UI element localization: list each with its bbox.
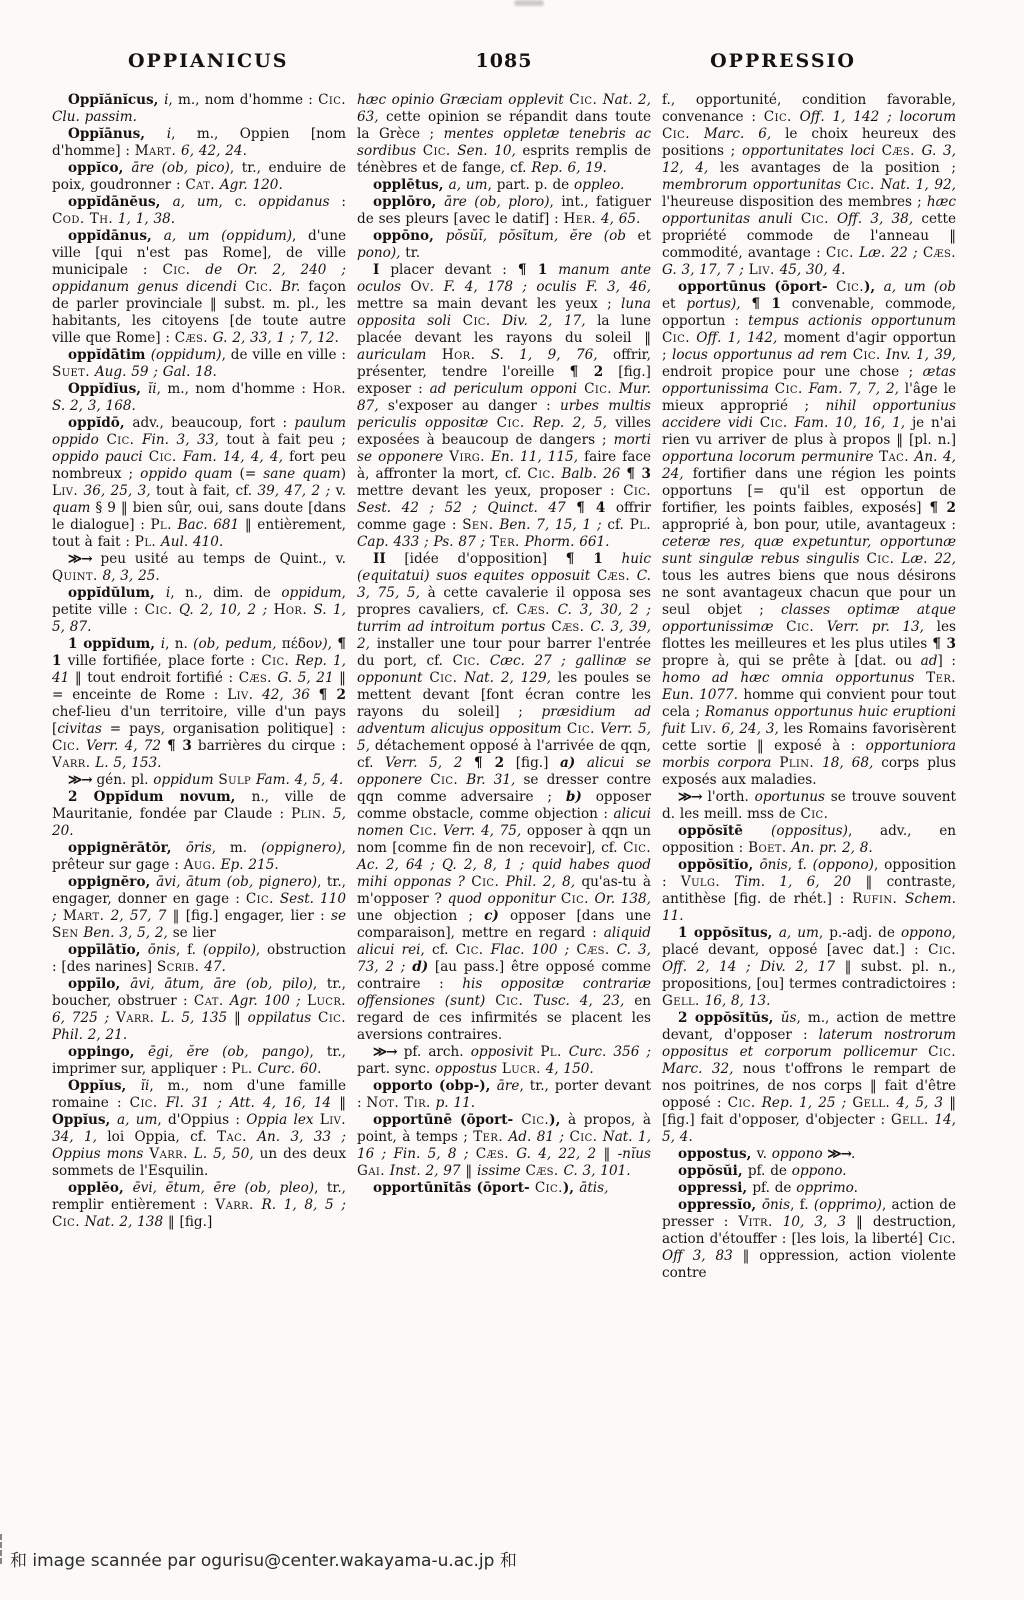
entry-text-segment: part. sync. xyxy=(357,1061,435,1077)
entry-text-segment: Varr. xyxy=(215,1197,253,1213)
entry-text-segment: Cic. xyxy=(52,738,80,754)
entry-text-segment: oppĭdŭlum, xyxy=(68,585,166,601)
entry-text-segment: Cic. xyxy=(800,806,828,822)
entry-text-segment: 1 oppĭdum, xyxy=(68,636,161,652)
entry-text-segment: ‖ xyxy=(461,1163,477,1179)
running-head: OPPIANICUS 1085 OPPRESSIO xyxy=(52,50,956,74)
entry-text-segment: v. xyxy=(330,483,346,499)
entry-text-segment: Mart. xyxy=(63,908,105,924)
entry-text-segment: āvi, ātum, āre (ob, pilo) xyxy=(130,976,313,992)
entry-text-segment: Agr. 120. xyxy=(215,177,283,193)
entry-text-segment: Oppĭus, xyxy=(52,1112,117,1128)
entry-text-segment: Flac. 100 ; xyxy=(484,942,570,958)
entry-text-segment: II xyxy=(373,551,386,567)
entry-text-segment: opplētus, xyxy=(373,177,449,193)
entry-text-segment: G. 4, 22, 2 xyxy=(509,1146,596,1162)
entry-text-segment: F. 4, 178 ; oculis F. 3, 46, xyxy=(434,279,651,295)
entry-text-segment: (oppidum) xyxy=(151,347,222,363)
entry-text-segment: Tim. 1, 6, 20 xyxy=(720,874,851,890)
entry-text-segment: Cic. xyxy=(662,330,690,346)
entry-text-segment: Inst. 2, 97 xyxy=(385,1163,461,1179)
entry-text-segment: Quint. xyxy=(52,568,98,584)
entry-text-segment: Lucr. xyxy=(307,993,346,1009)
dictionary-entry: oppostus, v. oppono ≫→. xyxy=(662,1146,956,1163)
entry-text-segment: Cic. xyxy=(409,823,437,839)
entry-text-segment: Oppius mons xyxy=(52,1146,149,1162)
entry-text-segment: opportūnĭtās (ōport- xyxy=(373,1180,535,1196)
entry-text-segment: Pl. xyxy=(630,517,651,533)
remark-arrow-icon: ≫→ xyxy=(68,551,92,567)
entry-text-segment: S. 1, 9, 76, xyxy=(475,347,597,363)
entry-text-segment: Varr. xyxy=(52,755,90,771)
entry-text-segment: Or. 138, xyxy=(589,891,651,907)
entry-text-segment: , m. xyxy=(212,840,261,856)
entry-text-segment: Cic. xyxy=(786,619,814,635)
entry-text-segment: 45, 30, 4. xyxy=(775,262,846,278)
entry-text-segment: An. 3, 33 ; xyxy=(247,1129,346,1145)
entry-text-segment: C. 3, 101. xyxy=(559,1163,631,1179)
entry-text-segment: oportunus xyxy=(755,789,825,805)
entry-text-segment: loi Oppia, cf. xyxy=(97,1129,217,1145)
entry-text-segment: Hor. xyxy=(312,381,346,397)
entry-text-segment: ōnis xyxy=(759,857,787,873)
entry-text-segment: Cic. xyxy=(430,772,458,788)
entry-text-segment: , f. xyxy=(788,857,813,873)
entry-text-segment: Cæs. xyxy=(525,1163,558,1179)
dictionary-entry: Oppĭus, ĭi, m., nom d'une famille romain… xyxy=(52,1078,346,1180)
entry-text-segment: Gell. xyxy=(662,993,700,1009)
entry-text-segment: Verr. 4, 75, xyxy=(437,823,521,839)
entry-text-segment: v. xyxy=(757,1146,772,1162)
entry-text-segment: Varr. xyxy=(149,1146,187,1162)
entry-text-segment: locus opportunus ad rem xyxy=(672,347,853,363)
entry-text-segment: Sen. xyxy=(462,517,493,533)
dictionary-entry: ≫→ peu usité au temps de Quint., v. Quin… xyxy=(52,551,346,585)
entry-text-segment: ville fortifiée, place forte : xyxy=(61,653,261,669)
entry-text-segment: Ad. 81 ; xyxy=(503,1129,564,1145)
entry-text-segment: Sulp xyxy=(218,772,251,788)
entry-text-segment: , d'Oppius : xyxy=(157,1112,246,1128)
entry-text-segment: Ter. xyxy=(473,1129,503,1145)
entry-text-segment: (oppositus) xyxy=(771,823,848,839)
entry-text-segment xyxy=(311,1010,318,1026)
dictionary-entry: oppŏsŭi, pf. de oppono. xyxy=(662,1163,956,1180)
entry-text-segment: Rep. 6, 19. xyxy=(531,160,607,176)
dictionary-entry: oppĭdŭlum, i, n., dim. de oppidum, petit… xyxy=(52,585,346,636)
entry-text-segment: Lucr. xyxy=(502,1061,541,1077)
entry-text-segment: Cic. xyxy=(567,721,595,737)
entry-text-segment: Eun. 1077. xyxy=(662,687,738,703)
entry-text-segment: a, um (oppidum) xyxy=(164,228,292,244)
entry-text-segment: locorum xyxy=(900,109,956,125)
entry-text-segment: En. 11, 115, xyxy=(485,449,578,465)
entry-text-segment xyxy=(566,653,575,669)
entry-text-segment: Liv. xyxy=(227,687,253,703)
entry-text-segment: endroit propice pour une chose ; xyxy=(662,364,923,380)
entry-text-segment: , part. p. de xyxy=(488,177,574,193)
entry-text-segment: āvi, ātum (ob, pignero) xyxy=(156,874,317,890)
entry-text-segment: ¶ 3 xyxy=(932,636,956,652)
entry-text-segment: , m., nom d'homme : xyxy=(168,92,318,108)
entry-text-segment: Cic. xyxy=(866,551,894,567)
dictionary-entry: opplētus, a, um, part. p. de oppleo. xyxy=(357,177,651,194)
entry-text-segment: Marc. 32, xyxy=(662,1061,733,1077)
entry-text-segment: oppidum xyxy=(281,585,341,601)
entry-text-segment: Cic. xyxy=(569,1129,597,1145)
entry-text-segment: Sen. 10, xyxy=(451,143,516,159)
entry-text-segment: opporto (obp-), xyxy=(373,1078,497,1094)
entry-text-segment: c) xyxy=(484,908,499,924)
entry-text-segment: ad periculum opponi xyxy=(430,381,585,397)
dictionary-entry: Oppĭdĭus, ĭi, m., nom d'homme : Hor. S. … xyxy=(52,381,346,415)
dictionary-entry: oppingo, ēgi, ĕre (ob, pango), tr., impr… xyxy=(52,1044,346,1078)
entry-text-segment: Curc. 60. xyxy=(253,1061,322,1077)
entry-text-segment: pf. arch. xyxy=(397,1044,471,1060)
entry-text-segment: Cap. 433 ; Ps. 87 ; xyxy=(357,534,485,550)
entry-text-segment: Cæs. xyxy=(576,942,609,958)
entry-text-segment: portus), xyxy=(686,296,740,312)
entry-text-segment: ēgi, ĕre (ob, pango) xyxy=(148,1044,310,1060)
entry-text-segment: issime xyxy=(477,1163,525,1179)
entry-text-segment: 4, 5, 3 xyxy=(890,1095,943,1111)
entry-text-segment: Cic. xyxy=(130,1095,158,1111)
entry-text-segment: auriculam xyxy=(357,347,442,363)
dictionary-entry: oppĭdātim (oppidum), de ville en ville :… xyxy=(52,347,346,381)
entry-text-segment: ¶ 2 xyxy=(319,687,346,703)
dictionary-column-right: f., opportunité, condition favorable, co… xyxy=(662,92,956,1282)
entry-text-segment: 4, 65. xyxy=(596,211,640,227)
entry-text-segment: Marc. 6, xyxy=(690,126,771,142)
entry-text-segment: oppĭdō, xyxy=(68,415,132,431)
dictionary-entry: opportūnĭtās (ōport- Cic.), ātis, xyxy=(357,1180,651,1197)
entry-text-segment: Læ. 22, xyxy=(894,551,956,567)
entry-text-segment: [fig.] xyxy=(504,755,560,771)
entry-text-segment: Pl. xyxy=(151,517,172,533)
entry-text-segment: Oppia lex xyxy=(246,1112,320,1128)
entry-text-segment: Bac. 681 xyxy=(172,517,239,533)
dictionary-entry: oppĭdānus, a, um (oppidum), d'une ville … xyxy=(52,228,346,347)
entry-text-segment: Oppĭānus, xyxy=(68,126,167,142)
entry-text-segment: Rufin. xyxy=(852,891,897,907)
entry-text-segment: , f. xyxy=(790,1197,814,1213)
entry-text-segment: l'heureuse disposition des membres ; xyxy=(662,194,927,210)
entry-text-segment: pf. de xyxy=(752,1180,796,1196)
entry-text-segment: Liv. xyxy=(749,262,775,278)
entry-text-segment: turrim ad introitum portus xyxy=(357,619,551,635)
entry-text-segment: , cf. xyxy=(421,942,456,958)
entry-text-segment: Boet. xyxy=(748,840,786,856)
entry-text-segment: tr. xyxy=(400,245,420,261)
entry-text-segment: Off. 3, 38, xyxy=(829,211,913,227)
entry-text-segment: Cæs. xyxy=(239,670,272,686)
entry-text-segment: Nat. 2, 129, xyxy=(457,670,551,686)
entry-text-segment: Her. xyxy=(563,211,596,227)
dictionary-entry: opplĕo, ēvi, ētum, ēre (ob, pleo), tr., … xyxy=(52,1180,346,1231)
entry-text-segment: Suet. xyxy=(52,364,90,380)
scan-annotation: 和 image scannée par ogurisu@center.wakay… xyxy=(10,1546,517,1571)
entry-text-segment: Cic. xyxy=(826,245,854,261)
entry-text-segment: Oppĭănĭcus, xyxy=(68,92,164,108)
entry-text-segment: Hor. xyxy=(274,602,308,618)
entry-text-segment: ōnis xyxy=(762,1197,790,1213)
entry-text-segment: Hor. xyxy=(442,347,476,363)
entry-text-segment: Ter. xyxy=(926,670,956,686)
entry-text-segment: ) xyxy=(341,466,346,482)
entry-text-segment: Verr. 5, 2 xyxy=(385,755,462,771)
entry-text-segment: une objection ; xyxy=(357,908,484,924)
dictionary-entry: oppīlo, āvi, ātum, āre (ob, pilo), tr., … xyxy=(52,976,346,1044)
entry-text-segment: Fam. 10, 16, 1, xyxy=(788,415,905,431)
entry-text-segment: An. pr. 2, 8. xyxy=(787,840,873,856)
dictionary-entry: oppressĭo, ōnis, f. (opprimo), action de… xyxy=(662,1197,956,1282)
entry-text-segment: ‖ xyxy=(331,1095,346,1111)
entry-text-segment: . xyxy=(851,1146,855,1162)
entry-text-segment: 2 Oppĭdum novum, xyxy=(68,789,252,805)
entry-text-segment: les avantages de la position ; xyxy=(708,160,956,176)
entry-text-segment: oppido quam xyxy=(140,466,232,482)
remark-arrow-icon: ≫→ xyxy=(827,1146,851,1162)
dictionary-entry: 2 oppŏsĭtŭs, ŭs, m., action de mettre de… xyxy=(662,1010,956,1146)
entry-text-segment: Phil. 2, 21. xyxy=(52,1027,127,1043)
entry-text-segment: Mart. xyxy=(135,143,177,159)
entry-text-segment: homo ad hæc omnia opportunus xyxy=(662,670,926,686)
entry-text-segment: mettre sa main devant les yeux ; xyxy=(357,296,621,312)
entry-text-segment: Tac. xyxy=(217,1129,247,1145)
entry-text-segment xyxy=(468,1146,475,1162)
entry-text-segment: 1, 1, 38. xyxy=(113,211,175,227)
entry-text-segment: , m., nom d'homme : xyxy=(157,381,313,397)
entry-text-segment: 39, 47, 2 ; xyxy=(257,483,330,499)
entry-text-segment: Cæs. xyxy=(551,619,584,635)
entry-text-segment: G. 2, 33, 1 ; 7, 12. xyxy=(208,330,339,346)
dictionary-column-middle: hæc opinio Græciam opplevit Cic. Nat. 2,… xyxy=(357,92,651,1282)
entry-text-segment: oppono xyxy=(772,1146,823,1162)
entry-text-segment: opportuna locorum permunire xyxy=(662,449,879,465)
entry-text-segment: πέδον xyxy=(276,636,322,652)
entry-text-segment: civitas xyxy=(57,721,102,737)
entry-text-segment: 18, 68, xyxy=(814,755,873,771)
dictionary-entry: oppīlātĭo, ōnis, f. (oppilo), obstructio… xyxy=(52,942,346,976)
entry-text-segment: ), xyxy=(864,279,884,295)
entry-text-segment: Cic. xyxy=(561,891,589,907)
entry-text-segment: ¶ 1 xyxy=(751,296,780,312)
entry-text-segment: : xyxy=(330,194,346,210)
entry-text-segment: Scrib. xyxy=(157,959,200,975)
entry-text-segment: āre (ob, ploro) xyxy=(444,194,549,210)
entry-text-segment: opplĕo, xyxy=(68,1180,133,1196)
entry-text-segment: ‖ xyxy=(227,1010,247,1026)
entry-text-segment: Ov. xyxy=(410,279,434,295)
entry-text-segment: Clu. passim. xyxy=(52,109,137,125)
entry-text-segment: sane quam xyxy=(263,466,340,482)
entry-text-segment: a, um (ob xyxy=(884,279,956,295)
entry-text-segment: oppōno, xyxy=(373,228,446,244)
entry-text-segment: tempus actionis opportunum xyxy=(748,313,956,329)
entry-text-segment: ad xyxy=(921,653,938,669)
entry-text-segment: Cic. xyxy=(318,92,346,108)
entry-text-segment: Q. 2, 10, 2 ; xyxy=(173,602,268,618)
entry-text-segment: opprimo. xyxy=(796,1180,858,1196)
entry-text-segment: oppidum xyxy=(153,772,213,788)
dictionary-entry: oppressi, pf. de opprimo. xyxy=(662,1180,956,1197)
entry-text-segment: (opprimo) xyxy=(814,1197,882,1213)
remark-arrow-icon: ≫→ xyxy=(678,789,702,805)
entry-text-segment: Gell. xyxy=(852,1095,890,1111)
entry-text-segment: Cic. xyxy=(847,177,875,193)
entry-text-segment: fortifier dans une région les points opp… xyxy=(662,466,956,516)
entry-text-segment: Cic. xyxy=(928,1231,956,1247)
entry-text-segment: Fl. 31 ; Att. 4, 16, 14 xyxy=(158,1095,332,1111)
entry-text-segment: Off. 1, 142 ; xyxy=(792,109,892,125)
entry-text-segment: Cic. xyxy=(928,942,956,958)
entry-text-segment: peu usité au temps de Quint., v. xyxy=(92,551,346,567)
entry-text-segment: L. 5, 153. xyxy=(90,755,161,771)
entry-text-segment: Vitr. xyxy=(738,1214,772,1230)
entry-text-segment: Off. 1, 142, xyxy=(690,330,777,346)
entry-text-segment: ¶ 3 xyxy=(167,738,192,754)
dictionary-entry: f., opportunité, condition favorable, co… xyxy=(662,92,956,279)
entry-text-segment: oppidanus xyxy=(258,194,329,210)
entry-text-segment: Cic. xyxy=(623,840,651,856)
entry-text-segment: L. 5, 50, xyxy=(188,1146,254,1162)
entry-text-segment: Balb. 26 xyxy=(555,466,620,482)
entry-text-segment: et xyxy=(626,228,651,244)
entry-text-segment: āre (ob, pico) xyxy=(131,160,230,176)
entry-text-segment: Cic. xyxy=(452,653,480,669)
entry-text-segment: Tac. xyxy=(879,449,909,465)
entry-text-segment: Cic. xyxy=(246,891,274,907)
entry-text-segment: 6, 24, 3, xyxy=(717,721,779,737)
entry-text-segment: p. 11. xyxy=(431,1095,475,1111)
dictionary-entry: 2 Oppĭdum novum, n., ville de Mauritanie… xyxy=(52,789,346,840)
dictionary-entry: opportūnus (ōport- Cic.), a, um (ob et p… xyxy=(662,279,956,789)
remark-arrow-icon: ≫→ xyxy=(373,1044,397,1060)
entry-text-segment: Cat. xyxy=(185,177,215,193)
entry-text-segment: Cæs. xyxy=(597,568,630,584)
entry-text-segment: ¶ 2 xyxy=(474,755,504,771)
dictionary-entry: Oppĭănĭcus, i, m., nom d'homme : Cic. Cl… xyxy=(52,92,346,126)
entry-text-segment: oppono xyxy=(901,925,952,941)
entry-text-segment: Cic. xyxy=(318,1010,346,1026)
entry-text-segment: Sest. 42 ; 52 ; Quinct. 47 xyxy=(357,500,566,516)
entry-text-segment: oppŏsŭi, xyxy=(678,1163,748,1179)
dictionary-entry: 1 oppŏsĭtus, a, um, p.-adj. de oppono, p… xyxy=(662,925,956,1010)
entry-text-segment: Aul. 410. xyxy=(156,534,223,550)
entry-text-segment: Cic. xyxy=(775,381,803,397)
entry-text-segment: , c. xyxy=(218,194,258,210)
entry-text-segment: opposivit xyxy=(471,1044,541,1060)
entry-text-segment: oppignĕrātŏr, xyxy=(68,840,186,856)
entry-text-segment: oppŏsĭtē xyxy=(678,823,771,839)
entry-text-segment: Cic. xyxy=(623,483,651,499)
entry-text-segment: s'exposer au danger : xyxy=(379,398,560,414)
entry-text-segment: oppignĕro, xyxy=(68,874,156,890)
entry-text-segment: Ter. xyxy=(490,534,520,550)
entry-text-segment: barrières du cirque : xyxy=(192,738,346,754)
entry-text-segment: , n., dim. de xyxy=(170,585,281,601)
entry-text-segment: -nĭus xyxy=(618,1146,651,1162)
dictionary-entry: ≫→ l'orth. oportunus se trouve souvent d… xyxy=(662,789,956,823)
entry-text-segment: Cic. xyxy=(801,211,829,227)
entry-text-segment: propre à, qui se prête à [dat. ou xyxy=(662,653,921,669)
entry-text-segment: Cic. xyxy=(497,415,525,431)
entry-text-segment xyxy=(566,500,577,516)
entry-text-segment: 47. xyxy=(199,959,225,975)
entry-text-segment: Cæs. xyxy=(923,245,956,261)
entry-text-segment: oppingo, xyxy=(68,1044,148,1060)
entry-text-segment: Liv. xyxy=(691,721,717,737)
entry-text-segment xyxy=(462,755,474,771)
entry-text-segment: Cod. Th. xyxy=(52,211,113,227)
entry-text-segment: , de ville en ville : xyxy=(222,347,346,363)
entry-text-segment: oppressi, xyxy=(678,1180,752,1196)
entry-text-segment: 6, 725 ; xyxy=(52,1010,109,1026)
entry-text-segment: tout à fait peu ; xyxy=(219,432,346,448)
entry-text-segment: Cæs. xyxy=(882,143,915,159)
entry-text-segment: (= xyxy=(233,466,264,482)
entry-text-segment: oppostus xyxy=(435,1061,502,1077)
dictionary-entry: opporto (obp-), āre, tr., porter devant … xyxy=(357,1078,651,1112)
entry-text-segment: opplōro, xyxy=(373,194,444,210)
entry-text-segment: Ben. 7, 15, 1 ; xyxy=(494,517,602,533)
entry-text-segment: 4, 150. xyxy=(541,1061,594,1077)
scanned-dictionary-page: OPPIANICUS 1085 OPPRESSIO Oppĭănĭcus, i,… xyxy=(0,0,1024,1600)
entry-text-segment: Cic. xyxy=(928,1044,956,1060)
entry-text-segment: oppilatus xyxy=(248,1010,312,1026)
entry-text-segment: Cic. xyxy=(764,109,792,125)
entry-text-segment: oppono. xyxy=(792,1163,847,1179)
entry-text-segment: Cic. xyxy=(463,313,491,329)
entry-text-segment: Læ. 22 ; xyxy=(854,245,918,261)
dictionary-entry: oppŏsĭtĭo, ōnis, f. (oppono), opposition… xyxy=(662,857,956,925)
entry-text-segment: ŭs xyxy=(781,1010,797,1026)
entry-text-segment: Cic. xyxy=(162,262,190,278)
entry-text-segment: ¶ 2 xyxy=(570,364,604,380)
entry-text-segment: Fam. 14, 4, 4, xyxy=(177,449,283,465)
entry-text-segment: Cic. xyxy=(760,415,788,431)
entry-text-segment: S. 2, 3, 168. xyxy=(52,398,136,414)
entry-text-segment: Ac. 2, 64 ; Q. 2, 8, 1 ; xyxy=(357,857,524,873)
entry-text-segment: R. 1, 8, 5 ; xyxy=(254,1197,346,1213)
entry-text-segment: Verr. 4, 72 xyxy=(80,738,161,754)
entry-text-segment: ] : xyxy=(937,653,956,669)
entry-text-segment: Cic. xyxy=(836,279,864,295)
entry-text-segment: d) xyxy=(412,959,428,975)
entry-text-segment: Div. 2, 17, xyxy=(491,313,586,329)
entry-text-segment: , n. xyxy=(165,636,193,652)
entry-text-segment: a, um xyxy=(449,177,488,193)
entry-text-segment: Inv. 1, 39, xyxy=(881,347,956,363)
entry-text-segment: opportūnē (ōport- xyxy=(373,1112,521,1128)
entry-text-segment: approprié à, bon pour, utile, avantageux… xyxy=(662,517,956,533)
entry-text-segment: se lier xyxy=(168,925,216,941)
dictionary-entry: oppōno, pŏsŭĭ, pŏsĭtum, ĕre (ob et pono)… xyxy=(357,228,651,262)
entry-text-segment: Not. Tir. xyxy=(366,1095,430,1111)
entry-text-segment: Aug. 59 ; Gal. 18. xyxy=(90,364,217,380)
entry-text-segment: pono), xyxy=(357,245,400,261)
entry-text-segment: Ben. 3, 5, 2, xyxy=(83,925,167,941)
dictionary-entry: ≫→ pf. arch. opposivit Pl. Curc. 356 ; p… xyxy=(357,1044,651,1078)
dictionary-column-left: Oppĭănĭcus, i, m., nom d'homme : Cic. Cl… xyxy=(52,92,346,1282)
entry-text-segment: Cæc. 27 ; xyxy=(480,653,565,669)
entry-text-segment: Agr. 100 ; xyxy=(224,993,301,1009)
dictionary-entry: I placer devant : ¶ 1 manum ante oculos … xyxy=(357,262,651,551)
entry-text-segment: , p.-adj. de xyxy=(819,925,901,941)
entry-text-segment: oppressĭo, xyxy=(678,1197,762,1213)
entry-text-segment: Fam. 7, 7, 2, xyxy=(803,381,899,397)
entry-text-segment: Curc. 356 ; xyxy=(562,1044,651,1060)
entry-text-segment: Cic. xyxy=(584,381,612,397)
